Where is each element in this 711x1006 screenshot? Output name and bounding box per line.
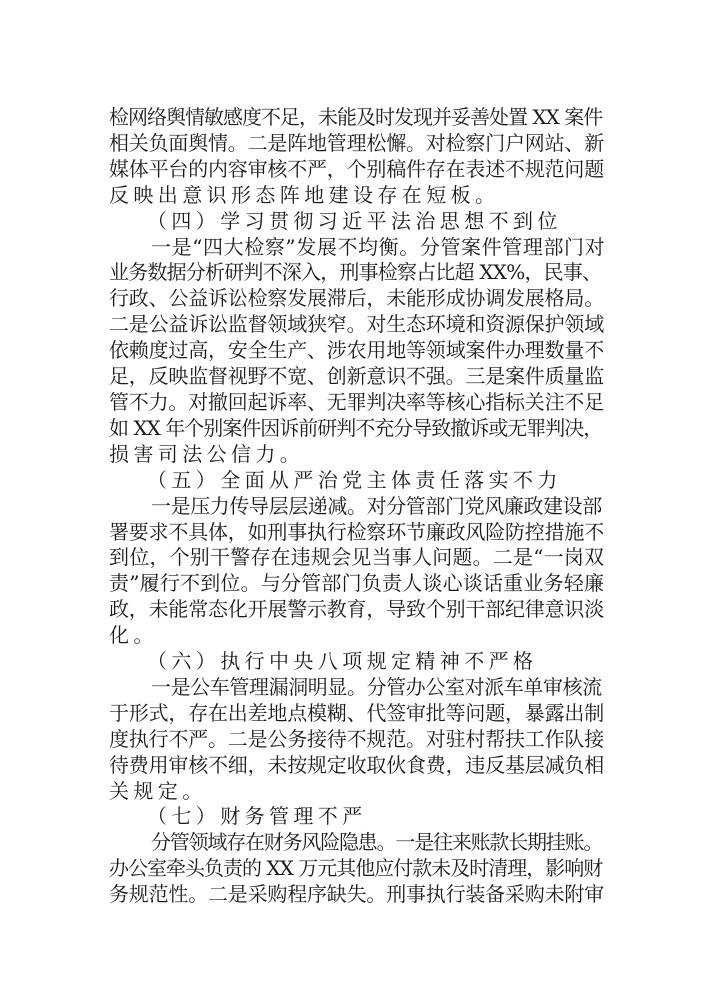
document-line: 到位，个别干警存在违规会见当事人问题。二是“一岗双 bbox=[109, 545, 604, 571]
document-line: 行政、公益诉讼检察发展滞后，未能形成协调发展格局。 bbox=[109, 286, 604, 312]
document-line: 检网络舆情敏感度不足，未能及时发现并妥善处置 XX 案件 bbox=[109, 105, 604, 131]
document-line: 一是“四大检察”发展不均衡。分管案件管理部门对 bbox=[109, 235, 604, 261]
document-line: 度执行不严。二是公务接待不规范。对驻村帮扶工作队接 bbox=[109, 727, 604, 753]
document-line: 如 XX 年个别案件因诉前研判不充分导致撤诉或无罪判决， bbox=[109, 416, 604, 442]
document-line: 署要求不具体，如刑事执行检察环节廉政风险防控措施不 bbox=[109, 520, 604, 546]
section-heading-4: （四）学习贯彻习近平法治思想不到位 bbox=[109, 209, 604, 235]
document-line: 相关负面舆情。二是阵地管理松懈。对检察门户网站、新 bbox=[109, 131, 604, 157]
document-line: 化。 bbox=[109, 623, 604, 649]
document-line: 务规范性。二是采购程序缺失。刑事执行装备采购未附审 bbox=[109, 882, 604, 908]
document-line: 一是公车管理漏洞明显。分管办公室对派车单审核流 bbox=[109, 675, 604, 701]
document-line: 二是公益诉讼监督领域狭窄。对生态环境和资源保护领域 bbox=[109, 312, 604, 338]
document-line: 关规定。 bbox=[109, 779, 604, 805]
document-line: 损害司法公信力。 bbox=[109, 442, 604, 468]
document-line: 办公室牵头负责的 XX 万元其他应付款未及时清理，影响财 bbox=[109, 856, 604, 882]
document-line: 责”履行不到位。与分管部门负责人谈心谈话重业务轻廉 bbox=[109, 571, 604, 597]
document-line: 业务数据分析研判不深入，刑事检察占比超 XX%，民事、 bbox=[109, 260, 604, 286]
section-heading-6: （六）执行中央八项规定精神不严格 bbox=[109, 649, 604, 675]
section-heading-7: （七）财务管理不严 bbox=[109, 804, 604, 830]
document-line: 待费用审核不细，未按规定收取伙食费，违反基层减负相 bbox=[109, 753, 604, 779]
document-line: 分管领域存在财务风险隐患。一是往来账款长期挂账。 bbox=[109, 830, 604, 856]
document-line: 媒体平台的内容审核不严，个别稿件存在表述不规范问题 bbox=[109, 157, 604, 183]
document-line: 于形式，存在出差地点模糊、代签审批等问题，暴露出制 bbox=[109, 701, 604, 727]
document-line: 政，未能常态化开展警示教育，导致个别干部纪律意识淡 bbox=[109, 597, 604, 623]
document-line: 依赖度过高，安全生产、涉农用地等领域案件办理数量不 bbox=[109, 338, 604, 364]
document-line: 反映出意识形态阵地建设存在短板。 bbox=[109, 183, 604, 209]
section-heading-5: （五）全面从严治党主体责任落实不力 bbox=[109, 468, 604, 494]
document-line: 一是压力传导层层递减。对分管部门党风廉政建设部 bbox=[109, 494, 604, 520]
document-page: 检网络舆情敏感度不足，未能及时发现并妥善处置 XX 案件 相关负面舆情。二是阵地… bbox=[109, 105, 604, 908]
document-line: 管不力。对撤回起诉率、无罪判决率等核心指标关注不足 bbox=[109, 390, 604, 416]
document-line: 足，反映监督视野不宽、创新意识不强。三是案件质量监 bbox=[109, 364, 604, 390]
